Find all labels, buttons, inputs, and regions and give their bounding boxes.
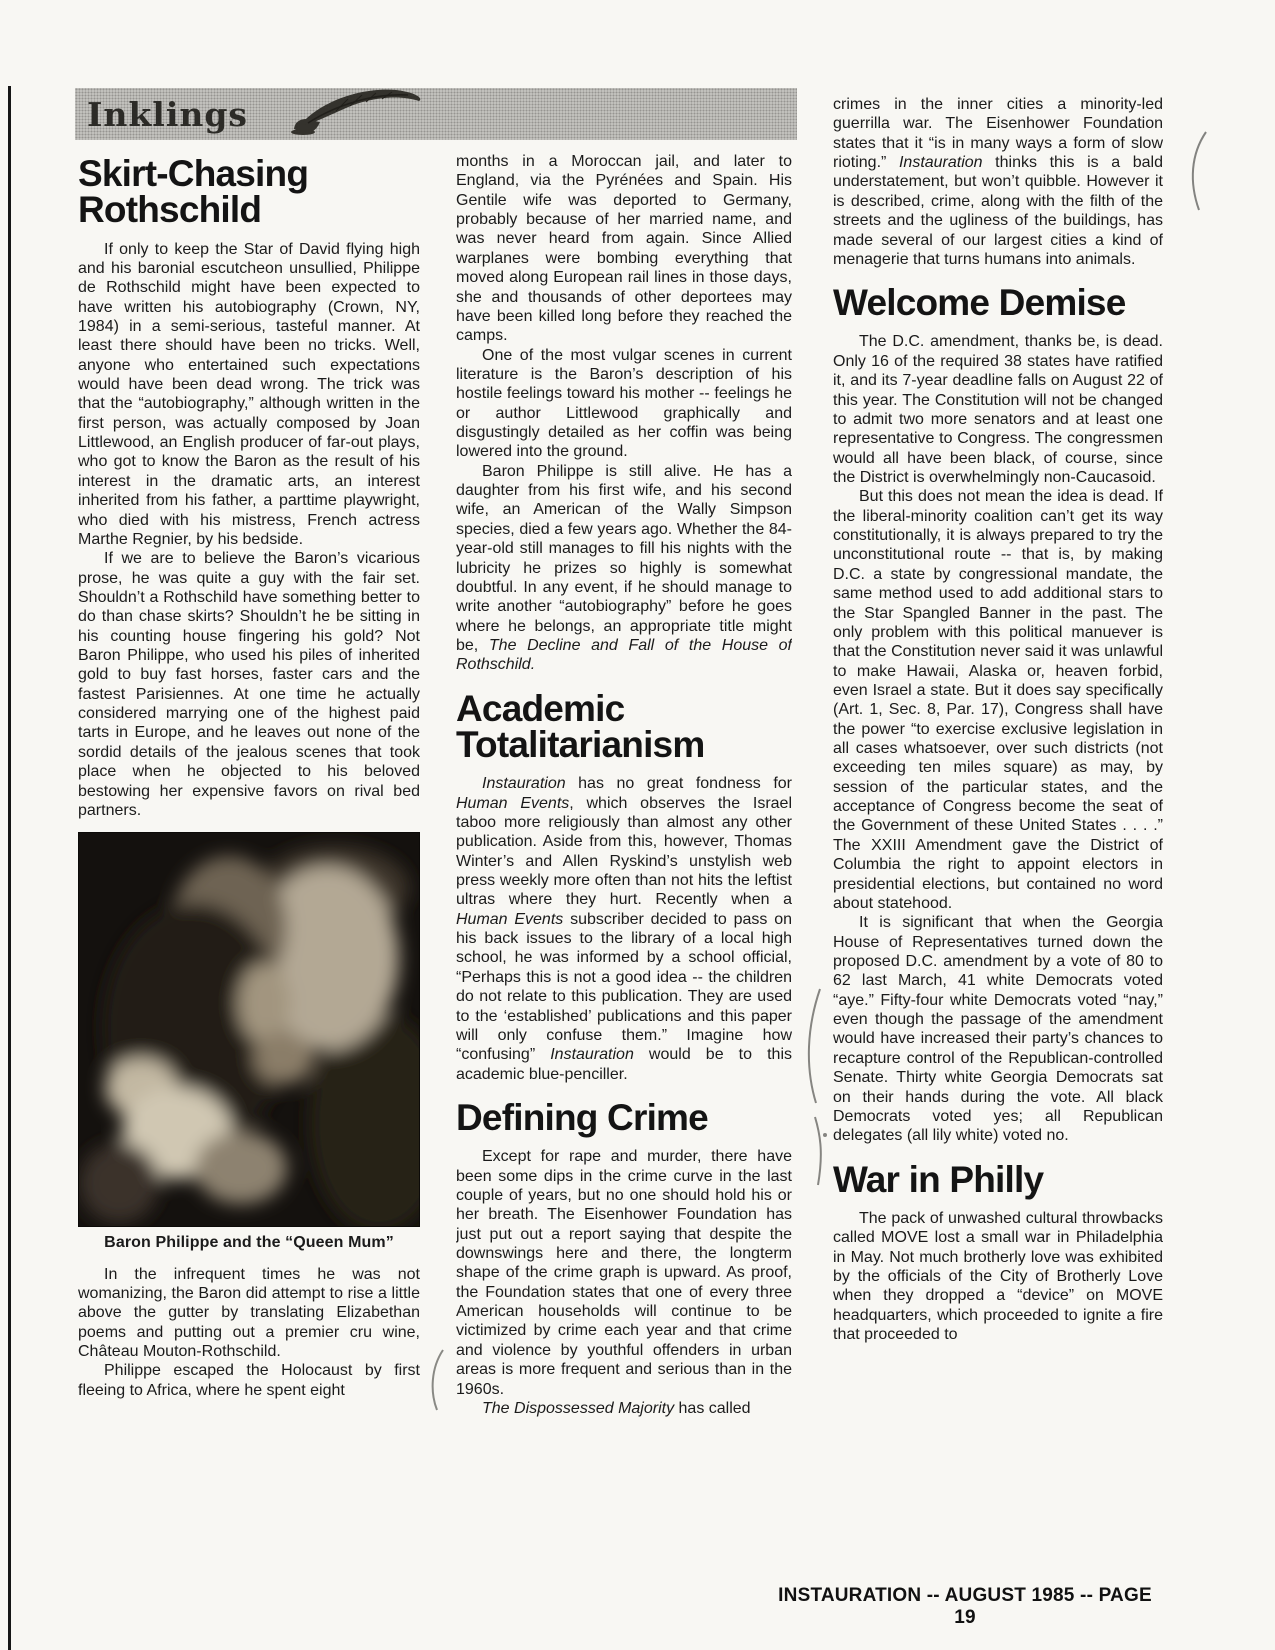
pen-mark — [1186, 130, 1210, 212]
paragraph: The D.C. amendment, thanks be, is dead. … — [833, 332, 1163, 487]
column-3: crimes in the inner cities a minority-le… — [833, 95, 1163, 1575]
inklings-banner: Inklings — [75, 88, 797, 140]
paragraph: Instauration has no great fondness for H… — [456, 774, 792, 1084]
pen-mark — [427, 1348, 447, 1412]
column-1: Skirt-Chasing Rothschild If only to keep… — [78, 152, 420, 1622]
paragraph: Philippe escaped the Holocaust by first … — [78, 1361, 420, 1400]
paragraph: The Dispossessed Majority has called — [456, 1399, 792, 1418]
paragraph: In the infrequent times he was not woman… — [78, 1265, 420, 1362]
paragraph: months in a Moroccan jail, and later to … — [456, 152, 792, 346]
paragraph: If we are to believe the Baron’s vicario… — [78, 549, 420, 820]
quill-and-inkwell-icon — [276, 85, 436, 137]
paragraph: It is significant that when the Georgia … — [833, 913, 1163, 1145]
paragraph: But this does not mean the idea is dead.… — [833, 487, 1163, 913]
paragraph: Except for rape and murder, there have b… — [456, 1147, 792, 1399]
pen-mark — [800, 985, 828, 1190]
paragraph: crimes in the inner cities a minority-le… — [833, 95, 1163, 269]
page-edge-rule — [8, 86, 11, 1650]
banner-title: Inklings — [87, 95, 248, 134]
article-title-war-in-philly: War in Philly — [833, 1162, 1163, 1198]
column-2: months in a Moroccan jail, and later to … — [456, 152, 792, 1604]
photo-caption: Baron Philippe and the “Queen Mum” — [78, 1233, 420, 1252]
article-title-defining-crime: Defining Crime — [456, 1100, 792, 1136]
baron-philippe-photo — [78, 832, 420, 1227]
article-title-academic-totalitarianism: Academic Totalitarianism — [456, 691, 792, 764]
article-title-welcome-demise: Welcome Demise — [833, 285, 1163, 321]
paragraph: The pack of unwashed cultural throwbacks… — [833, 1209, 1163, 1345]
paragraph: Baron Philippe is still alive. He has a … — [456, 462, 792, 675]
paragraph: If only to keep the Star of David flying… — [78, 240, 420, 550]
page-footer: INSTAURATION -- AUGUST 1985 -- PAGE 19 — [770, 1585, 1160, 1629]
paragraph: One of the most vulgar scenes in current… — [456, 346, 792, 462]
article-title-skirt-chasing-rothschild: Skirt-Chasing Rothschild — [78, 156, 420, 229]
